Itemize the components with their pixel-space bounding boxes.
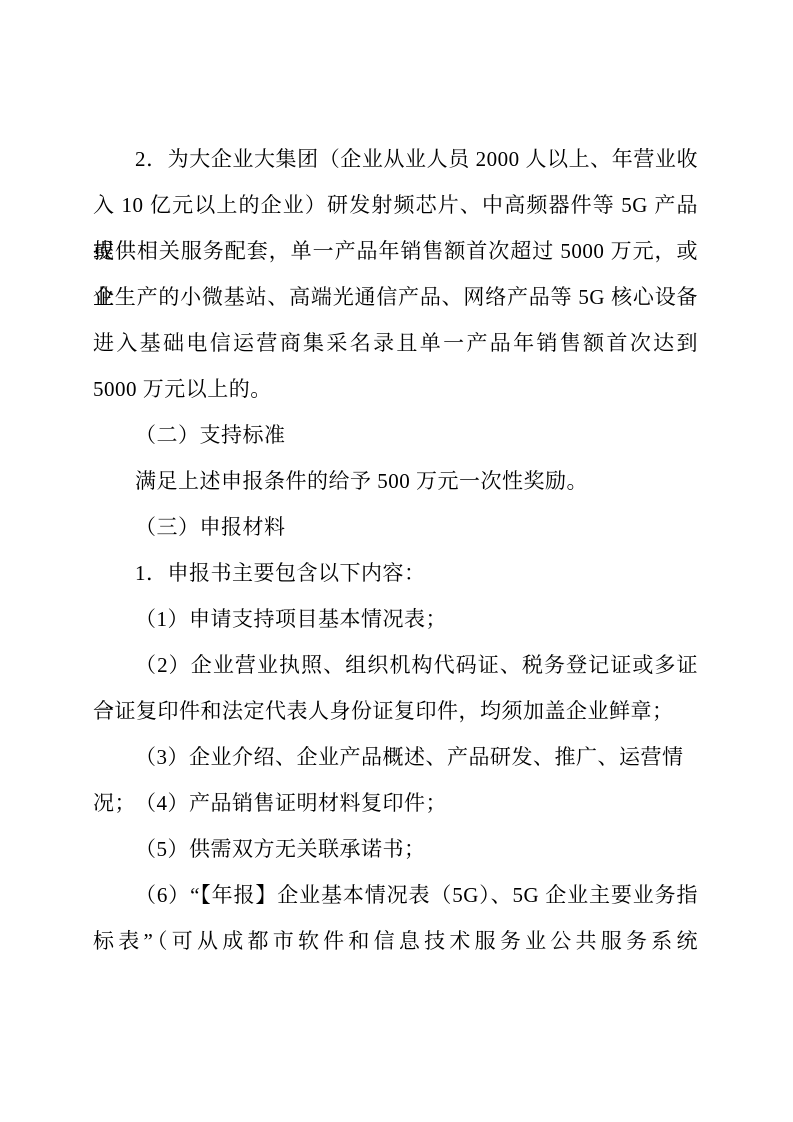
text-line: （2）企业营业执照、组织机构代码证、税务登记证或多证合 (93, 642, 698, 688)
text-line: 1．申报书主要包含以下内容： (93, 550, 698, 596)
text-line: （1）申请支持项目基本情况表； (93, 596, 698, 642)
text-line: 满足上述申报条件的给予 500 万元一次性奖励。 (93, 458, 698, 504)
text-line: 进入基础电信运营商集采名录且单一产品年销售额首次达到 (93, 320, 698, 366)
text-line: 5000 万元以上的。 (93, 366, 698, 412)
document-page: 2．为大企业大集团（企业从业人员 2000 人以上、年营业收入 10 亿元以上的… (0, 0, 793, 1122)
text-line: 业生产的小微基站、高端光通信产品、网络产品等 5G 核心设备 (93, 274, 698, 320)
text-line: 一证复印件和法定代表人身份证复印件，均须加盖企业鲜章； (93, 688, 698, 734)
text-line: （3）企业介绍、企业产品概述、产品研发、推广、运营情况； (93, 734, 698, 780)
text-line: （二）支持标准 (93, 412, 698, 458)
text-line: （5）供需双方无关联承诺书； (93, 826, 698, 872)
text-line: 2．为大企业大集团（企业从业人员 2000 人以上、年营业收 (93, 136, 698, 182)
text-line: （6）“【年报】企业基本情况表（5G）、5G 企业主要业务指 (93, 872, 698, 918)
text-line: 提供相关服务配套，单一产品年销售额首次超过 5000 万元，或企 (93, 228, 698, 274)
text-line: 入 10 亿元以上的企业）研发射频芯片、中高频器件等 5G 产品或 (93, 182, 698, 228)
text-line: （4）产品销售证明材料复印件； (93, 780, 698, 826)
text-line: 标表”（可从成都市软件和信息技术服务业公共服务系统 (93, 918, 698, 964)
text-line: （三）申报材料 (93, 504, 698, 550)
document-content: 2．为大企业大集团（企业从业人员 2000 人以上、年营业收入 10 亿元以上的… (93, 136, 698, 964)
